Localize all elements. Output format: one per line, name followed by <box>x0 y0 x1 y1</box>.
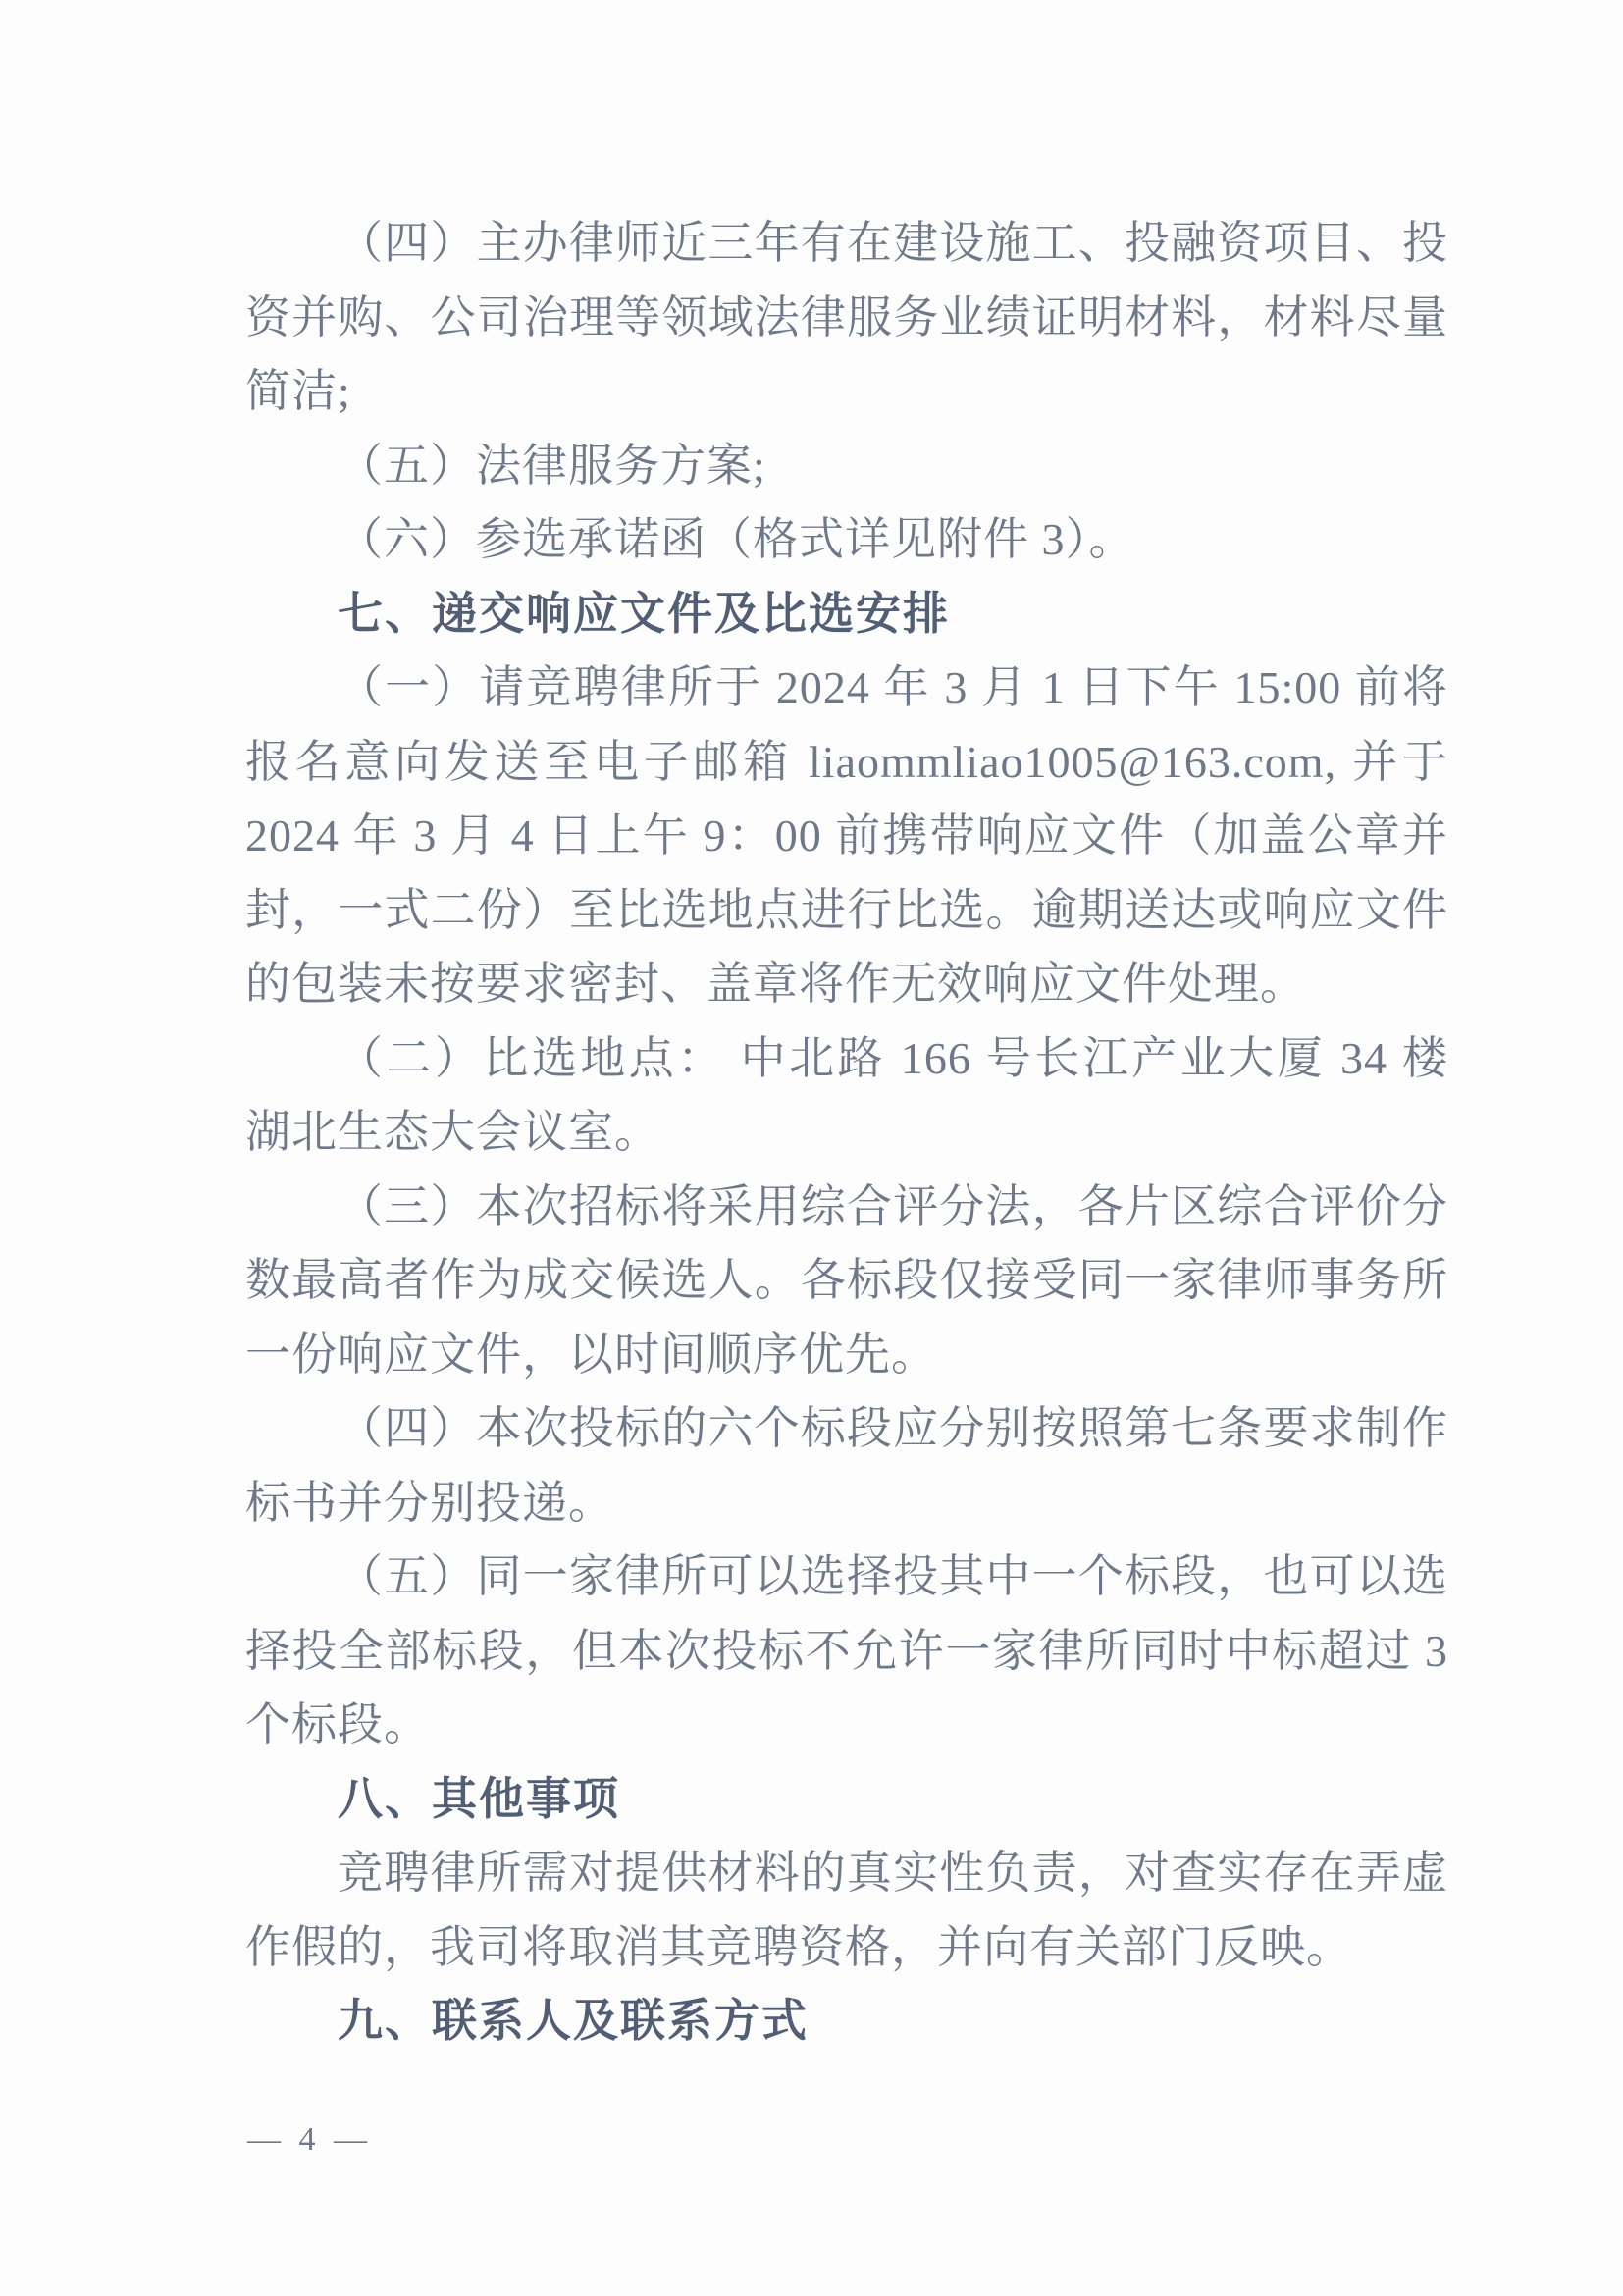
document-line: （五）法律服务方案; <box>245 429 1448 503</box>
document-line: 的包装未按要求密封、盖章将作无效响应文件处理。 <box>245 947 1448 1021</box>
document-line: 报名意向发送至电子邮箱 liaommliao1005@163.com, 并于 <box>245 725 1448 800</box>
document-line: （五）同一家律所可以选择投其中一个标段，也可以选 <box>245 1539 1448 1614</box>
document-line: 个标段。 <box>245 1688 1448 1762</box>
section-heading-7: 七、递交响应文件及比选安排 <box>245 577 1448 652</box>
scanned-document-page: （四）主办律师近三年有在建设施工、投融资项目、投 资并购、公司治理等领域法律服务… <box>0 0 1623 2296</box>
document-line: 2024 年 3 月 4 日上午 9：00 前携带响应文件（加盖公章并密 <box>245 799 1448 873</box>
document-line: 简洁; <box>245 354 1448 429</box>
document-line: （一）请竞聘律所于 2024 年 3 月 1 日下午 15:00 前将 <box>245 651 1448 725</box>
document-line: 封，一式二份）至比选地点进行比选。逾期送达或响应文件 <box>245 873 1448 948</box>
document-line: 标书并分别投递。 <box>245 1466 1448 1540</box>
document-text-block: （四）主办律师近三年有在建设施工、投融资项目、投 资并购、公司治理等领域法律服务… <box>245 206 1448 2059</box>
document-line: 作假的，我司将取消其竞聘资格，并向有关部门反映。 <box>245 1910 1448 1985</box>
document-line: （六）参选承诺函（格式详见附件 3）。 <box>245 502 1448 577</box>
section-heading-8: 八、其他事项 <box>245 1762 1448 1837</box>
document-line: （三）本次招标将采用综合评分法，各片区综合评价分 <box>245 1170 1448 1244</box>
document-line: （四）本次投标的六个标段应分别按照第七条要求制作 <box>245 1391 1448 1466</box>
document-line: 竞聘律所需对提供材料的真实性负责，对查实存在弄虚 <box>245 1836 1448 1910</box>
document-line: 资并购、公司治理等领域法律服务业绩证明材料，材料尽量 <box>245 281 1448 355</box>
document-line: （二）比选地点： 中北路 166 号长江产业大厦 34 楼 <box>245 1021 1448 1096</box>
document-line: 数最高者作为成交候选人。各标段仅接受同一家律师事务所 <box>245 1243 1448 1318</box>
document-line: 湖北生态大会议室。 <box>245 1095 1448 1170</box>
document-line: （四）主办律师近三年有在建设施工、投融资项目、投 <box>245 206 1448 281</box>
document-line: 择投全部标段，但本次投标不允许一家律所同时中标超过 3 <box>245 1614 1448 1689</box>
section-heading-9: 九、联系人及联系方式 <box>245 1984 1448 2059</box>
page-number: — 4 — <box>247 2121 372 2159</box>
document-line: 一份响应文件，以时间顺序优先。 <box>245 1318 1448 1392</box>
